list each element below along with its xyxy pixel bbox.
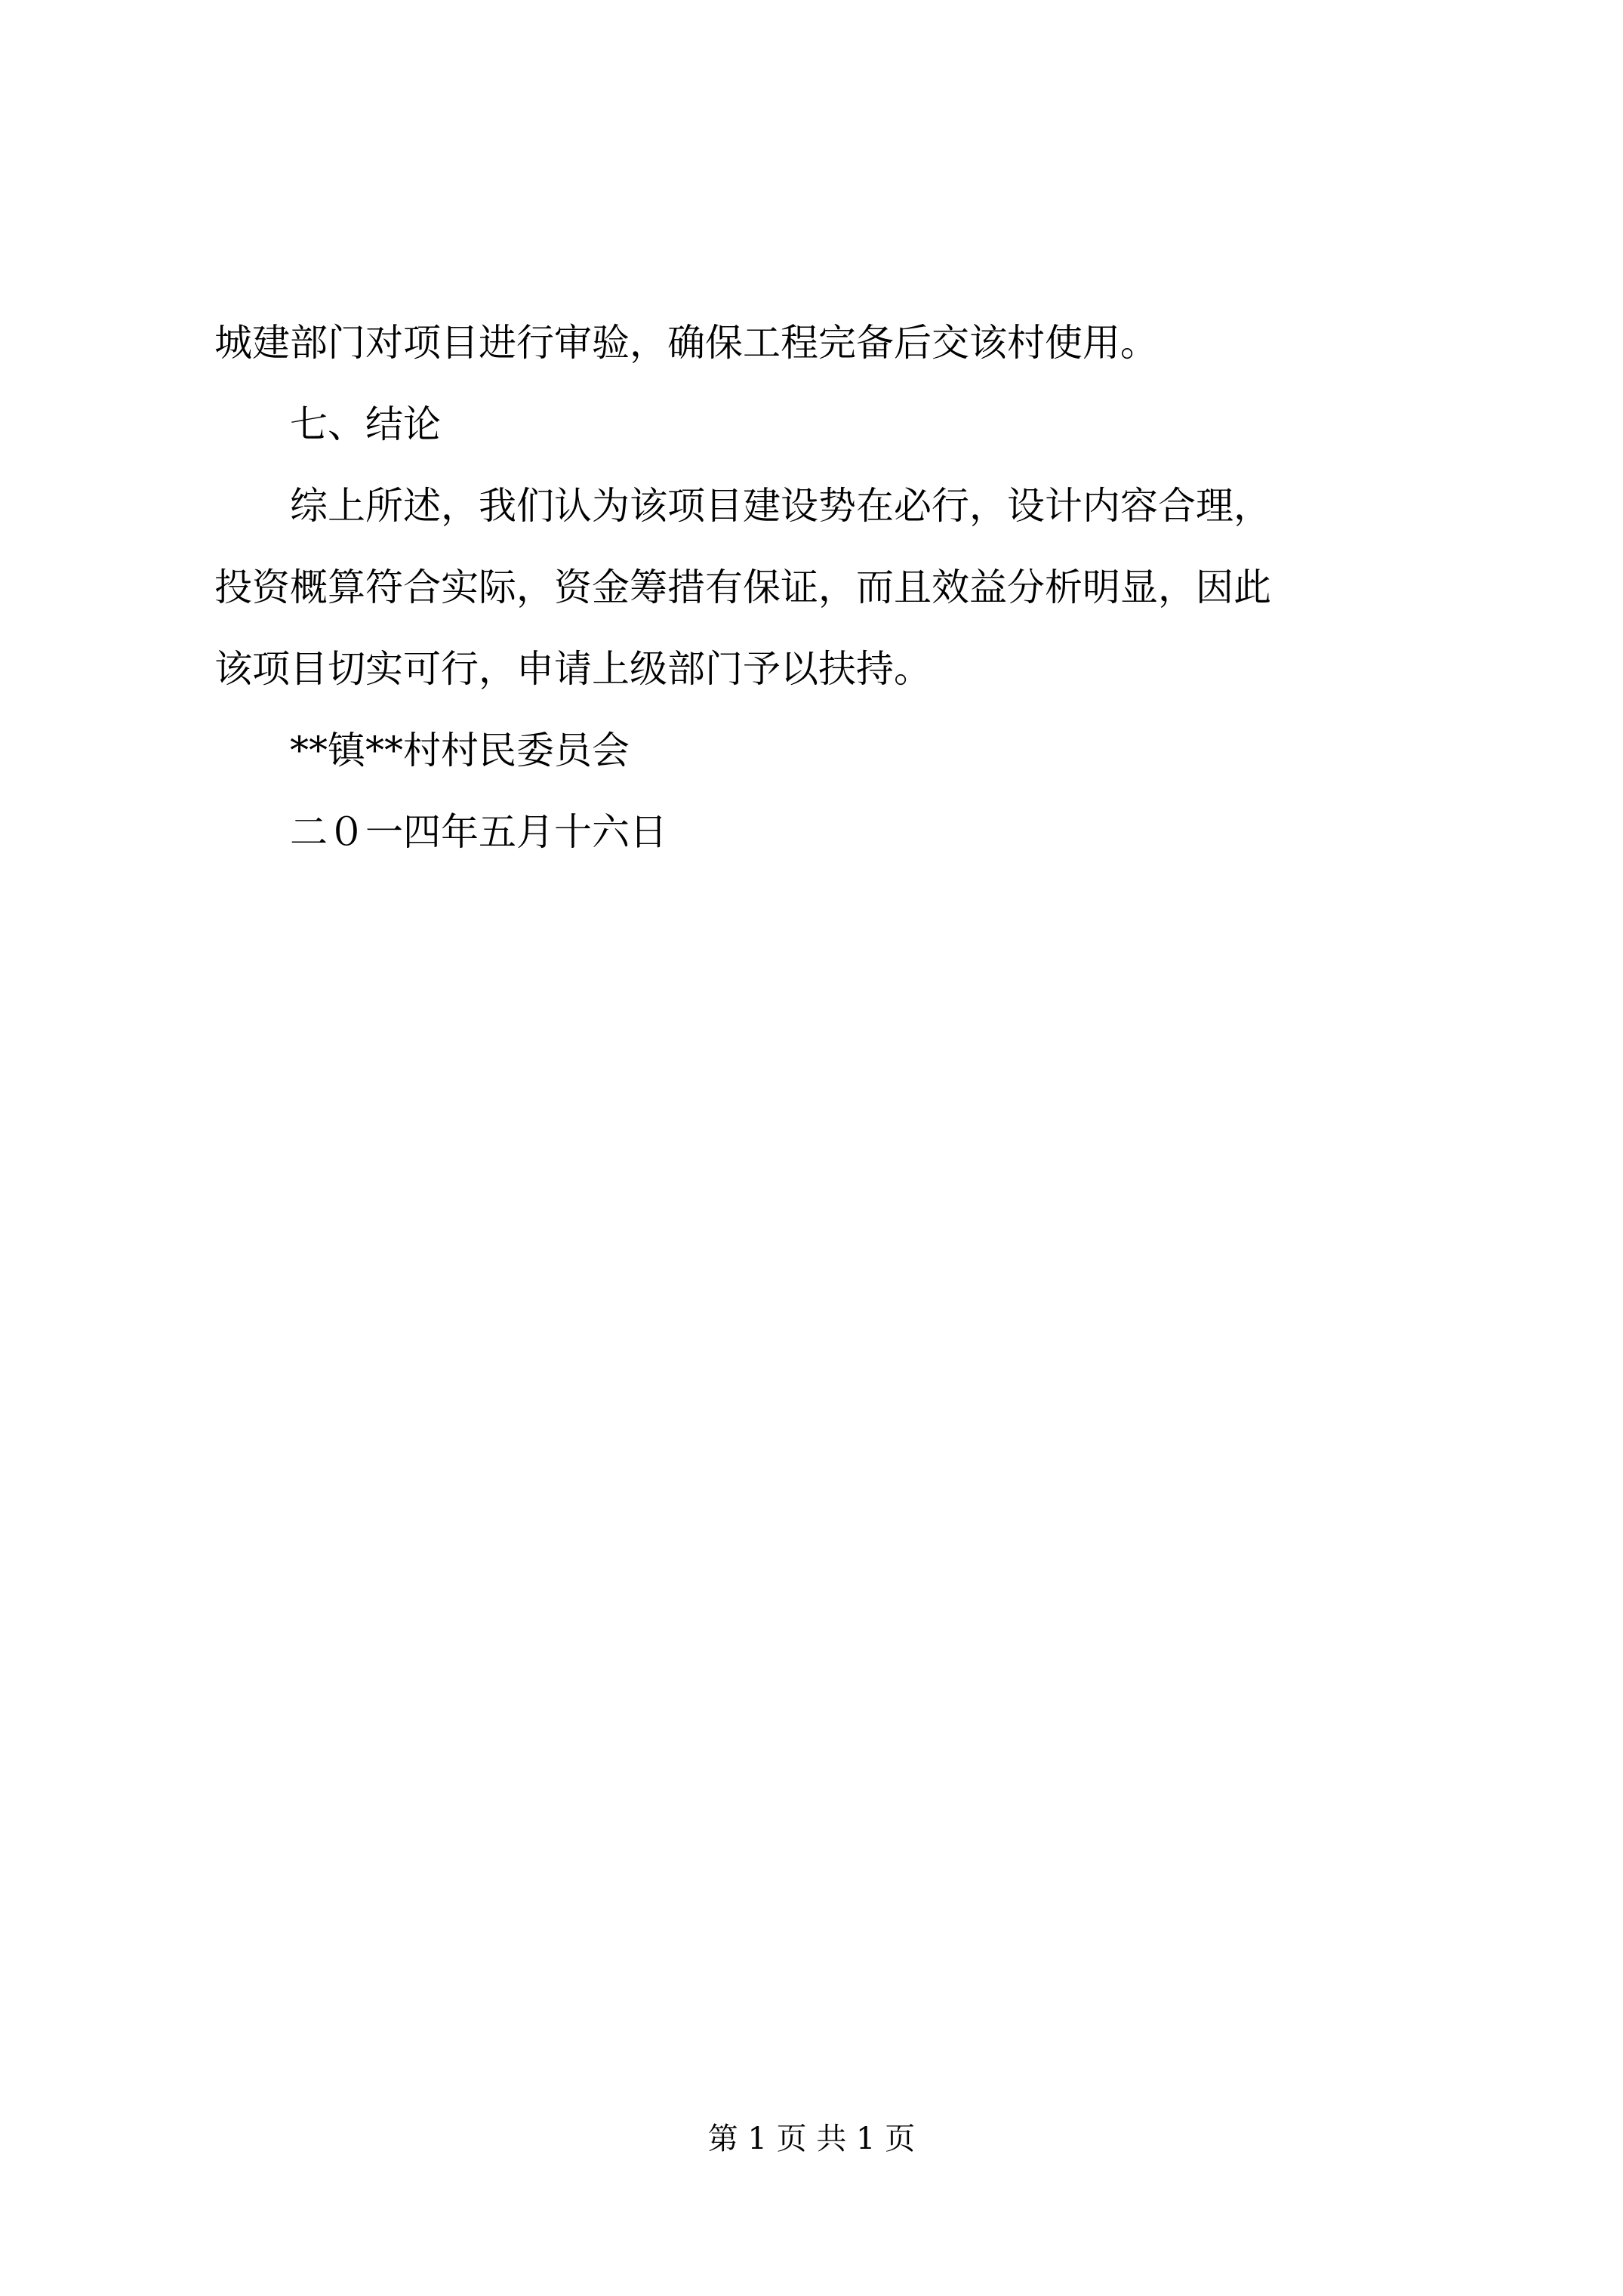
section-heading-conclusion: 七、结论	[214, 384, 1407, 465]
paragraph-continuation-line: 城建部门对项目进行审验，确保工程完备后交该村使用。	[214, 302, 1407, 384]
document-body: 城建部门对项目进行审验，确保工程完备后交该村使用。 七、结论 综上所述，我们认为…	[214, 302, 1407, 873]
signature-date: 二０一四年五月十六日	[214, 791, 1407, 873]
conclusion-paragraph-line-3: 该项目切实可行，申请上级部门予以扶持。	[214, 628, 1407, 710]
page-footer: 第 1 页 共 1 页	[0, 2119, 1623, 2159]
page-number-label: 第 1 页 共 1 页	[708, 2122, 915, 2156]
conclusion-paragraph-line-2: 投资概算符合实际，资金筹措有保证，而且效益分析明显，因此	[214, 547, 1407, 628]
document-page: 城建部门对项目进行审验，确保工程完备后交该村使用。 七、结论 综上所述，我们认为…	[0, 0, 1623, 2296]
conclusion-paragraph-line-1: 综上所述，我们认为该项目建设势在必行，设计内容合理，	[214, 465, 1407, 547]
signature-organization: **镇**村村民委员会	[214, 710, 1407, 791]
